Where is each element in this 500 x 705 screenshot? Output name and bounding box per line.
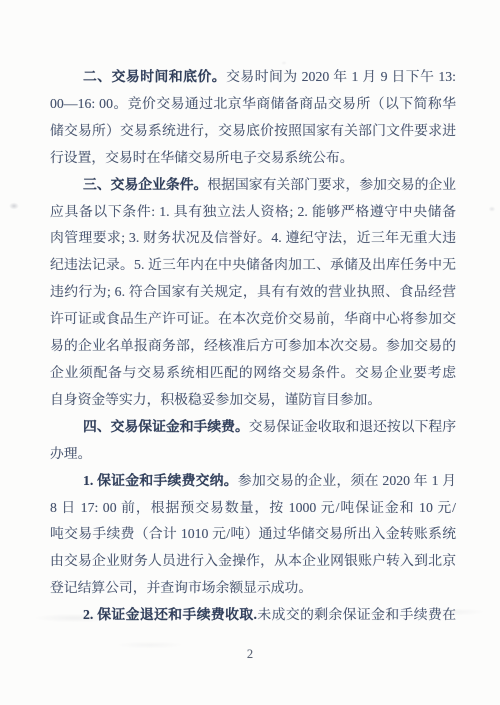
line-text: 由交易企业财务人员进行入金操作，从本企业网银账户转入到北京 [50,553,456,568]
line-text: 许可证或食品生产许可证。在本次竞价交易前，华商中心将参加交 [50,311,456,326]
text-line: 肉管理要求; 3. 财务状况及信誉好。4. 遵纪守法，近三年无重大违 [50,225,456,252]
text-line: 三、交易企业条件。根据国家有关部门要求，参加交易的企业 [50,172,456,199]
line-text: 8 日 17: 00 前，根据预交易数量，按 1000 元/吨保证金和 10 元… [50,500,456,515]
text-line: 登记结算公司，并查询市场余额显示成功。 [50,575,456,602]
clause-heading-1: 1. 保证金和手续费交纳。 [83,473,238,488]
line-text: 交易时间为 2020 年 1 月 9 日下午 13: [226,69,456,84]
line-text: 办理。 [50,446,91,461]
text-line: 四、交易保证金和手续费。交易保证金收取和退还按以下程序 [50,414,456,441]
line-text: 自身资金等实力，积极稳妥参加交易，谨防盲目参加。 [50,392,381,407]
line-text: 肉管理要求; 3. 财务状况及信誉好。4. 遵纪守法，近三年无重大违 [50,230,456,245]
text-line: 许可证或食品生产许可证。在本次竞价交易前，华商中心将参加交 [50,306,456,333]
line-text: 应具备以下条件: 1. 具有独立法人资格; 2. 能够严格遵守中央储备 [50,204,456,219]
text-line: 易的企业名单报商务部，经核准后方可参加本次交易。参加交易的 [50,333,456,360]
line-text: 易的企业名单报商务部，经核准后方可参加本次交易。参加交易的 [50,338,456,353]
line-text: 登记结算公司，并查询市场余额显示成功。 [50,580,312,595]
line-text: 根据国家有关部门要求，参加交易的企业 [207,177,456,192]
text-line: 2. 保证金退还和手续费收取.未成交的剩余保证金和手续费在 [50,602,456,629]
line-text: 纪违法记录。5. 近三年内在中央储备肉加工、承储及出库任务中无 [50,257,456,272]
text-line: 00—16: 00。竞价交易通过北京华商储备商品交易所（以下简称华 [50,91,456,118]
page-number: 2 [0,646,500,662]
line-text: 00—16: 00。竞价交易通过北京华商储备商品交易所（以下简称华 [50,96,456,111]
text-line: 纪违法记录。5. 近三年内在中央储备肉加工、承储及出库任务中无 [50,252,456,279]
text-line: 1. 保证金和手续费交纳。参加交易的企业，须在 2020 年 1 月 [50,468,456,495]
text-line: 行设置，交易时在华储交易所电子交易系统公布。 [50,145,456,172]
text-line: 由交易企业财务人员进行入金操作，从本企业网银账户转入到北京 [50,548,456,575]
line-text: 违约行为; 6. 符合国家有关规定，具有有效的营业执照、食品经营 [50,284,456,299]
line-text: 交易保证金收取和退还按以下程序 [249,419,456,434]
line-text: 参加交易的企业，须在 2020 年 1 月 [238,473,456,488]
text-line: 应具备以下条件: 1. 具有独立法人资格; 2. 能够严格遵守中央储备 [50,199,456,226]
text-line: 8 日 17: 00 前，根据预交易数量，按 1000 元/吨保证金和 10 元… [50,495,456,522]
section-heading-2: 二、交易时间和底价。 [83,69,226,84]
line-text: 企业须配备与交易系统相匹配的网络交易条件。交易企业要考虑 [50,365,456,380]
line-text: 未成交的剩余保证金和手续费在 [257,607,456,622]
text-line: 办理。 [50,441,456,468]
section-heading-4: 四、交易保证金和手续费。 [83,419,249,434]
document-body: 二、交易时间和底价。交易时间为 2020 年 1 月 9 日下午 13: 00—… [50,64,456,629]
line-text: 储交易所）交易系统进行，交易底价按照国家有关部门文件要求进 [50,123,456,138]
text-line: 违约行为; 6. 符合国家有关规定，具有有效的营业执照、食品经营 [50,279,456,306]
section-heading-3: 三、交易企业条件。 [83,177,207,192]
text-line: 储交易所）交易系统进行，交易底价按照国家有关部门文件要求进 [50,118,456,145]
text-line: 自身资金等实力，积极稳妥参加交易，谨防盲目参加。 [50,387,456,414]
text-line: 二、交易时间和底价。交易时间为 2020 年 1 月 9 日下午 13: [50,64,456,91]
text-line: 企业须配备与交易系统相匹配的网络交易条件。交易企业要考虑 [50,360,456,387]
line-text: 吨交易手续费（合计 1010 元/吨）通过华储交易所出入金转账系统 [50,526,456,541]
line-text: 行设置，交易时在华储交易所电子交易系统公布。 [50,150,354,165]
scanned-document-page: 二、交易时间和底价。交易时间为 2020 年 1 月 9 日下午 13: 00—… [0,0,500,705]
text-line: 吨交易手续费（合计 1010 元/吨）通过华储交易所出入金转账系统 [50,521,456,548]
clause-heading-2: 2. 保证金退还和手续费收取. [83,607,257,622]
